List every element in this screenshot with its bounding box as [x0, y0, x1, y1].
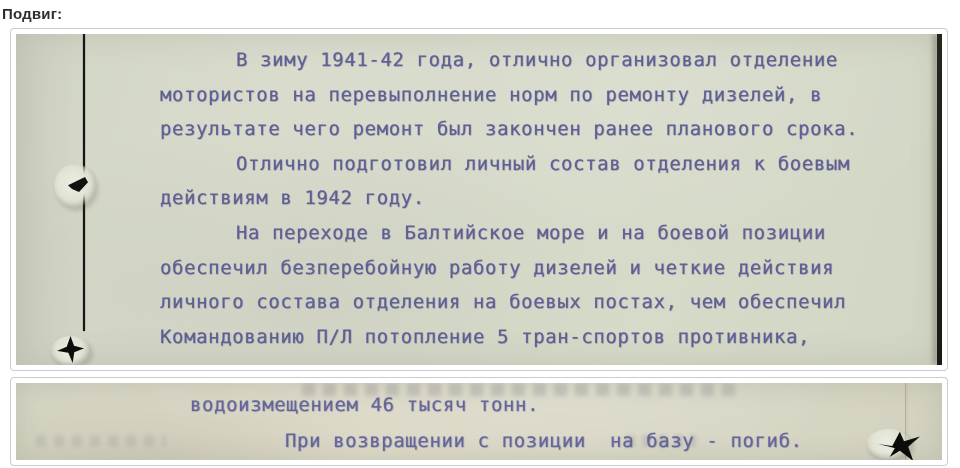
typewritten-line: При возвращении с позиции на базу - поги… — [190, 424, 932, 460]
bleed-through-text-smudge — [36, 435, 166, 447]
typewritten-text-block: В зиму 1941-42 года, отлично организовал… — [160, 43, 932, 354]
scan1-dark-edge — [937, 34, 942, 365]
typewritten-line: В зиму 1941-42 года, отлично организовал… — [160, 43, 932, 78]
scan2-paper: водоизмещением 46 тысяч тонн.При возвращ… — [16, 383, 942, 460]
document-scan-frame-2[interactable]: водоизмещением 46 тысяч тонн.При возвращ… — [10, 377, 948, 466]
typewritten-line: мотористов на перевыполнение норм по рем… — [160, 78, 932, 113]
typewritten-line: обеспечил безперебойную работу дизелей и… — [160, 251, 932, 286]
typewritten-line: Командованию П/Л потопление 5 тран-спорт… — [160, 320, 932, 355]
scan1-paper: В зиму 1941-42 года, отлично организовал… — [16, 34, 942, 365]
hole-punch-icon — [49, 334, 93, 365]
typewritten-line: личного состава отделения на боевых пост… — [160, 285, 932, 320]
hole-punch-icon — [54, 164, 96, 208]
typewritten-line: действиям в 1942 году. — [160, 181, 932, 216]
podvig-section-label: Подвиг: — [2, 6, 62, 23]
typewritten-text-block: водоизмещением 46 тысяч тонн.При возвращ… — [190, 388, 932, 459]
typewritten-line: Отлично подготовил личный состав отделен… — [160, 147, 932, 182]
typewritten-line: результате чего ремонт был закончен ране… — [160, 112, 932, 147]
typewritten-line: водоизмещением 46 тысяч тонн. — [190, 388, 932, 424]
typewritten-line: На переходе в Балтийское море и на боево… — [160, 216, 932, 251]
document-scan-frame-1[interactable]: В зиму 1941-42 года, отлично организовал… — [10, 28, 948, 371]
